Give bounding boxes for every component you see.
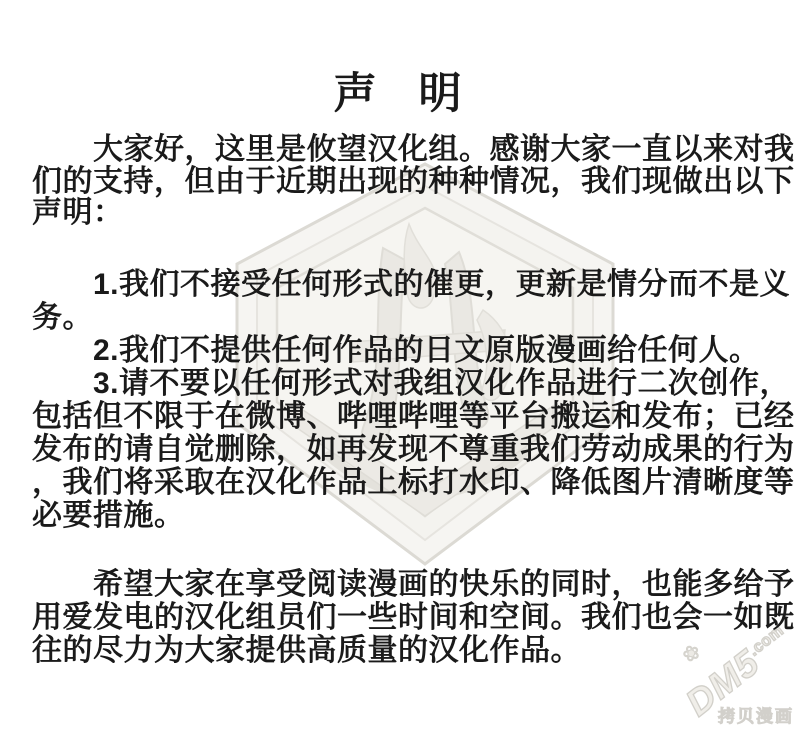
text-line: 用爱发电的汉化组员们一些时间和空间。我们也会一如既 — [32, 601, 780, 634]
text-line: 往的尽力为大家提供高质量的汉化作品。 — [32, 634, 780, 667]
text-line: 包括但不限于在微博、哔哩哔哩等平台搬运和发布；已经 — [32, 400, 780, 433]
paragraph-rules: 1.我们不接受任何形式的催更，更新是情分而不是义务。 2.我们不提供任何作品的日… — [32, 268, 780, 532]
text-line: 发布的请自觉删除，如再发现不尊重我们劳动成果的行为 — [32, 433, 780, 466]
text-line: 3.请不要以任何形式对我组汉化作品进行二次创作， — [32, 367, 780, 400]
text-line: 2.我们不提供任何作品的日文原版漫画给任何人。 — [32, 334, 780, 367]
notice-title: 声 明 — [0, 60, 800, 121]
paragraph-closing: 希望大家在享受阅读漫画的快乐的同时，也能多给予用爱发电的汉化组员们一些时间和空间… — [32, 568, 780, 667]
text-line: 必要措施。 — [32, 499, 780, 532]
paragraph-intro: 大家好，这里是攸望汉化组。感谢大家一直以来对我们的支持，但由于近期出现的种种情况… — [32, 134, 780, 229]
text-line: 务。 — [32, 301, 780, 334]
text-line: ，我们将采取在汉化作品上标打水印、降低图片清晰度等 — [32, 466, 780, 499]
text-line: 1.我们不接受任何形式的催更，更新是情分而不是义 — [32, 268, 780, 301]
notice-page: 声 明 大家好，这里是攸望汉化组。感谢大家一直以来对我们的支持，但由于近期出现的… — [0, 0, 800, 739]
text-line: 声明： — [32, 197, 780, 229]
site-name-watermark: 拷贝漫画 — [718, 702, 794, 727]
text-line: 大家好，这里是攸望汉化组。感谢大家一直以来对我 — [32, 134, 780, 166]
text-line: 希望大家在享受阅读漫画的快乐的同时，也能多给予 — [32, 568, 780, 601]
text-line: 们的支持，但由于近期出现的种种情况，我们现做出以下 — [32, 166, 780, 198]
